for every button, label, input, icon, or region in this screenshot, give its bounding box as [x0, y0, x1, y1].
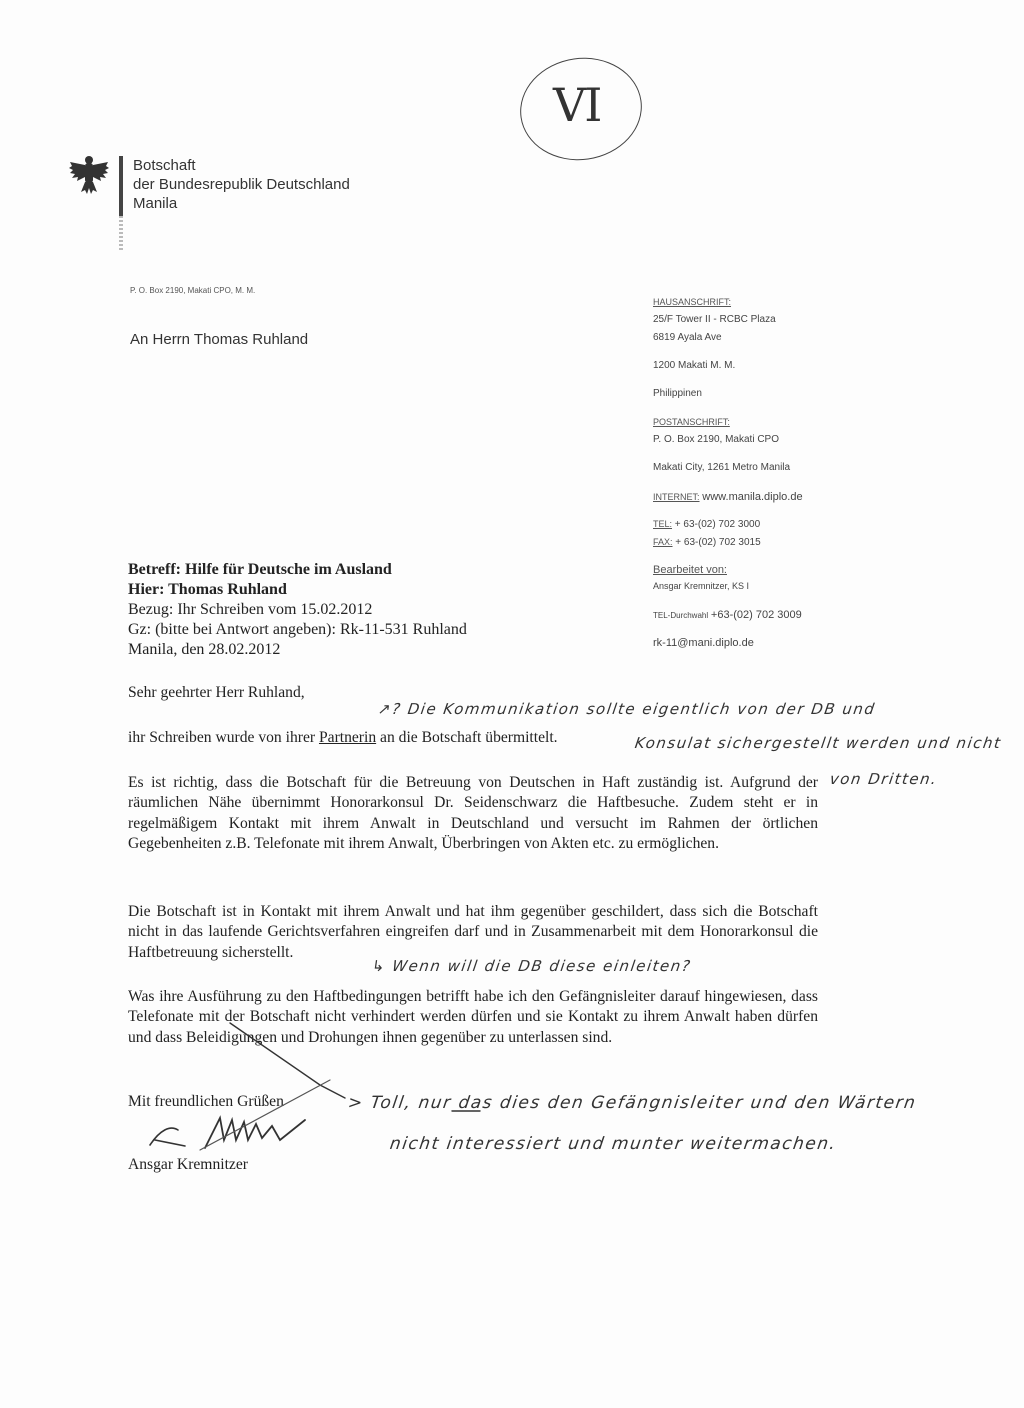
federal-eagle-icon: [68, 152, 110, 198]
paragraph-1: ihr Schreiben wurde von ihrer Partnerin …: [128, 728, 648, 748]
hausanschrift-line: 25/F Tower II - RCBC Plaza: [653, 314, 776, 325]
recipient-address: An Herrn Thomas Ruhland: [130, 331, 308, 348]
paragraph-4: Was ihre Ausführung zu den Haftbedingung…: [128, 987, 818, 1048]
website-link[interactable]: www.manila.diplo.de: [702, 491, 802, 503]
letterhead-line: der Bundesrepublik Deutschland: [133, 175, 350, 194]
hausanschrift-line: Philippinen: [653, 388, 702, 399]
hausanschrift-line: 6819 Ayala Ave: [653, 332, 722, 343]
fax-label: FAX:: [653, 537, 673, 547]
paragraph-2: Es ist richtig, dass die Botschaft für d…: [128, 773, 818, 854]
signatory-name: Ansgar Kremnitzer: [128, 1155, 428, 1175]
postanschrift-line: P. O. Box 2190, Makati CPO: [653, 434, 779, 445]
bearbeitet-label: Bearbeitet von:: [653, 564, 727, 576]
subject-betreff: Betreff: Hilfe für Deutsche im Ausland: [128, 560, 467, 580]
tel-value: + 63-(02) 702 3000: [675, 519, 760, 530]
fax-value: + 63-(02) 702 3015: [675, 537, 760, 548]
sender-return-address: P. O. Box 2190, Makati CPO, M. M.: [130, 286, 255, 295]
logo-divider: [119, 156, 123, 216]
hausanschrift-line: 1200 Makati M. M.: [653, 360, 735, 371]
logo-divider-fade: [119, 216, 123, 251]
handwritten-note-3-line-2: nicht interessiert und munter weitermach…: [389, 1134, 838, 1154]
subject-bezug: Bezug: Ihr Schreiben vom 15.02.2012: [128, 600, 467, 620]
hausanschrift-label: HAUSANSCHRIFT:: [653, 297, 731, 307]
postanschrift-label: POSTANSCHRIFT:: [653, 417, 730, 427]
internet-label: INTERNET:: [653, 492, 700, 502]
subject-hier: Hier: Thomas Ruhland: [128, 580, 467, 600]
place-date: Manila, den 28.02.2012: [128, 640, 467, 660]
handwritten-note-3-line-1: > Toll, nur das dies den Gefängnisleiter…: [347, 1093, 918, 1113]
handwritten-roman-numeral: VI: [553, 78, 600, 132]
tel-label: TEL:: [653, 519, 672, 529]
email-link[interactable]: rk-11@mani.diplo.de: [653, 637, 754, 649]
letterhead-line: Botschaft: [133, 156, 350, 175]
postanschrift-line: Makati City, 1261 Metro Manila: [653, 462, 790, 473]
durchwahl-label: TEL-Durchwahl: [653, 611, 708, 620]
handwritten-note-1-line-1: ↗? Die Kommunikation sollte eigentlich v…: [377, 700, 877, 718]
underlined-word: Partnerin: [319, 729, 376, 746]
letterhead-line: Manila: [133, 194, 350, 213]
letterhead: Botschaft der Bundesrepublik Deutschland…: [133, 156, 350, 213]
handwritten-note-2: ↳ Wenn will die DB diese einleiten?: [371, 957, 693, 975]
subject-block: Betreff: Hilfe für Deutsche im Ausland H…: [128, 560, 467, 660]
durchwahl-value: +63-(02) 702 3009: [711, 609, 802, 621]
subject-gz: Gz: (bitte bei Antwort angeben): Rk-11-5…: [128, 620, 467, 640]
handwritten-note-1-line-3: von Dritten.: [829, 770, 939, 788]
paragraph-3: Die Botschaft ist in Kontakt mit ihrem A…: [128, 902, 818, 963]
handwritten-note-1-line-2: Konsulat sichergestellt werden und nicht: [634, 734, 1003, 752]
bearbeitet-value: Ansgar Kremnitzer, KS I: [653, 581, 749, 591]
